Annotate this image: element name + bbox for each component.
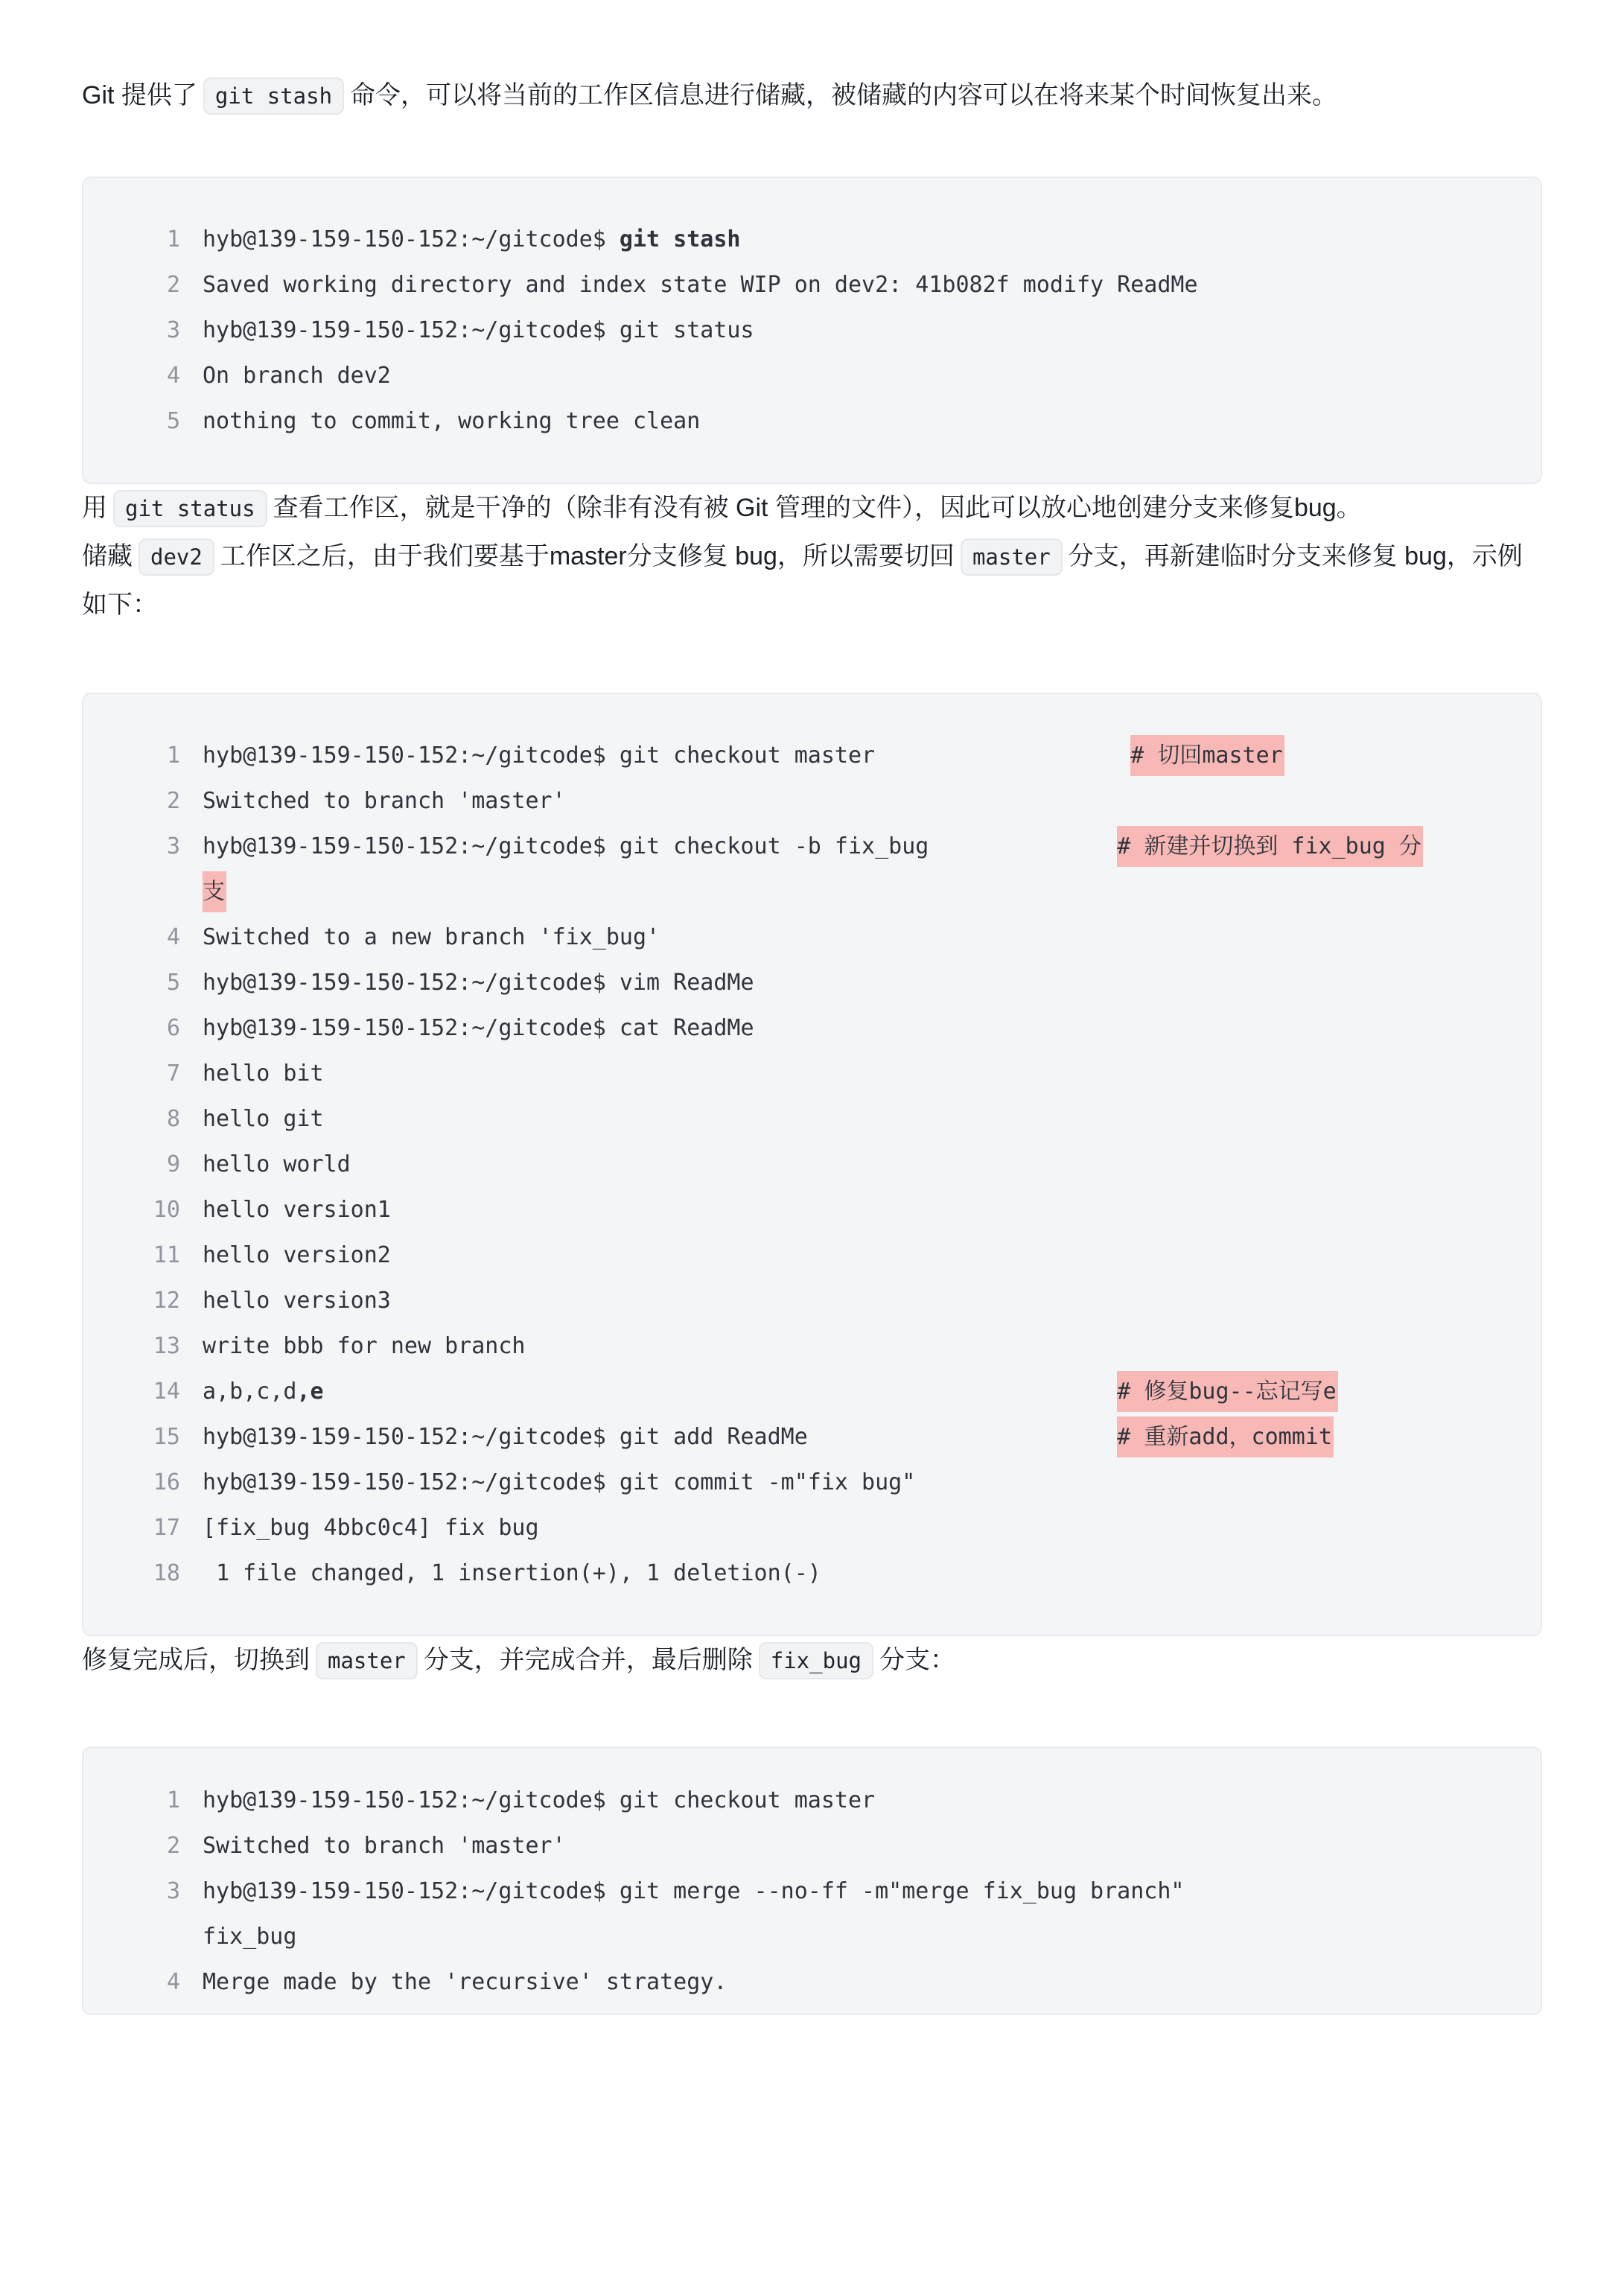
line-number: 4 (125, 915, 180, 960)
code-segment: [fix_bug 4bbc0c4] fix bug (203, 1515, 539, 1541)
line-number: 1 (125, 733, 180, 778)
code-segment (324, 1378, 1118, 1405)
inline-code: git status (113, 490, 267, 527)
paragraph-text: 修复完成后，切换到 (82, 1646, 310, 1674)
line-number: 5 (125, 398, 180, 444)
line-number: 12 (125, 1278, 180, 1323)
line-number: 3 (125, 308, 180, 353)
code-segment: hello version3 (203, 1288, 391, 1314)
code-line: 1hyb@139-159-150-152:~/gitcode$ git chec… (125, 1778, 1499, 1823)
code-line: 2Saved working directory and index state… (125, 262, 1499, 308)
code-segment: nothing to commit, working tree clean (203, 408, 700, 434)
code-segment: write bbb for new branch (203, 1333, 525, 1359)
code-text: nothing to commit, working tree clean (203, 398, 1499, 444)
code-segment (808, 1424, 1117, 1450)
paragraph: 用git status查看工作区，就是干净的（除非有没有被 Git 管理的文件）… (82, 484, 1542, 532)
code-segment: ,e (296, 1378, 323, 1405)
code-segment: hyb@139-159-150-152:~/gitcode$ (203, 226, 620, 252)
code-line: 4Switched to a new branch 'fix_bug' (125, 915, 1499, 960)
line-number (125, 869, 180, 915)
code-line: 3hyb@139-159-150-152:~/gitcode$ git stat… (125, 308, 1499, 353)
code-segment: Switched to branch 'master' (203, 788, 566, 814)
code-text: hyb@139-159-150-152:~/gitcode$ vim ReadM… (203, 960, 1499, 1005)
line-number: 4 (125, 1959, 180, 2005)
line-number: 9 (125, 1142, 180, 1187)
paragraph-text: Git 提供了 (82, 81, 197, 109)
code-text: 支 (203, 869, 1499, 915)
paragraph: Git 提供了git stash命令，可以将当前的工作区信息进行储藏，被储藏的内… (82, 71, 1542, 120)
line-number: 16 (125, 1460, 180, 1505)
inline-code: git stash (203, 77, 344, 115)
code-text: hyb@139-159-150-152:~/gitcode$ cat ReadM… (203, 1005, 1499, 1051)
code-segment: Switched to branch 'master' (203, 1833, 566, 1859)
paragraph-text: 工作区之后，由于我们要基于master分支修复 bug，所以需要切回 (220, 542, 955, 570)
code-text: hello version1 (203, 1187, 1499, 1233)
code-segment: Saved working directory and index state … (203, 272, 1198, 298)
code-text: Switched to branch 'master' (203, 1823, 1499, 1869)
code-segment: hyb@139-159-150-152:~/gitcode$ git check… (203, 742, 875, 769)
code-text: hello git (203, 1096, 1499, 1142)
code-segment: hyb@139-159-150-152:~/gitcode$ vim ReadM… (203, 970, 754, 996)
comment-highlight: # 修复bug--忘记写e (1117, 1371, 1338, 1412)
code-line: 15hyb@139-159-150-152:~/gitcode$ git add… (125, 1414, 1499, 1460)
paragraph-text: 命令，可以将当前的工作区信息进行储藏，被储藏的内容可以在将来某个时间恢复出来。 (350, 81, 1337, 109)
code-text: a,b,c,d,e # 修复bug--忘记写e (203, 1369, 1499, 1414)
line-number: 6 (125, 1005, 180, 1051)
code-line: 14a,b,c,d,e # 修复bug--忘记写e (125, 1369, 1499, 1414)
code-line: 11hello version2 (125, 1233, 1499, 1278)
code-segment: 1 file changed, 1 insertion(+), 1 deleti… (203, 1560, 821, 1586)
code-text: fix_bug (203, 1914, 1499, 1959)
line-number: 4 (125, 353, 180, 398)
inline-code: master (961, 538, 1063, 576)
code-text: On branch dev2 (203, 353, 1499, 398)
code-line: 13write bbb for new branch (125, 1323, 1499, 1369)
code-segment: git stash (620, 226, 741, 252)
code-line: 4Merge made by the 'recursive' strategy. (125, 1959, 1499, 2005)
line-number: 13 (125, 1323, 180, 1369)
code-text: hyb@139-159-150-152:~/gitcode$ git merge… (203, 1869, 1499, 1914)
line-number: 14 (125, 1369, 180, 1414)
article-content: Git 提供了git stash命令，可以将当前的工作区信息进行储藏，被储藏的内… (0, 0, 1624, 2015)
code-line-continuation: 支 (125, 869, 1499, 915)
comment-highlight: # 新建并切换到 fix_bug 分 (1117, 826, 1423, 867)
line-number: 11 (125, 1233, 180, 1278)
line-number: 3 (125, 824, 180, 869)
code-segment (929, 833, 1117, 859)
code-segment: fix_bug (203, 1924, 296, 1950)
code-block: 1hyb@139-159-150-152:~/gitcode$ git stas… (82, 177, 1542, 484)
code-line: 5nothing to commit, working tree clean (125, 398, 1499, 444)
line-number: 17 (125, 1505, 180, 1551)
line-number: 2 (125, 778, 180, 824)
code-segment: hello version1 (203, 1197, 391, 1223)
line-number: 5 (125, 960, 180, 1005)
code-line: 4On branch dev2 (125, 353, 1499, 398)
inline-code: fix_bug (759, 1642, 873, 1679)
line-number: 8 (125, 1096, 180, 1142)
code-text: hyb@139-159-150-152:~/gitcode$ git add R… (203, 1414, 1499, 1460)
paragraph: 储藏dev2工作区之后，由于我们要基于master分支修复 bug，所以需要切回… (82, 532, 1542, 629)
code-line: 7hello bit (125, 1051, 1499, 1096)
code-text: [fix_bug 4bbc0c4] fix bug (203, 1505, 1499, 1551)
code-line: 3hyb@139-159-150-152:~/gitcode$ git chec… (125, 824, 1499, 869)
code-line: 2Switched to branch 'master' (125, 778, 1499, 824)
code-segment: hello world (203, 1151, 351, 1177)
inline-code: dev2 (138, 538, 214, 576)
code-text: Merge made by the 'recursive' strategy. (203, 1959, 1499, 2005)
line-number (125, 1914, 180, 1959)
code-segment: Switched to a new branch 'fix_bug' (203, 924, 660, 950)
code-text: hello version3 (203, 1278, 1499, 1323)
code-segment: a,b,c,d (203, 1378, 296, 1405)
code-text: hyb@139-159-150-152:~/gitcode$ git check… (203, 1778, 1499, 1823)
code-segment: hyb@139-159-150-152:~/gitcode$ git merge… (203, 1878, 1185, 1904)
code-line: 18 1 file changed, 1 insertion(+), 1 del… (125, 1551, 1499, 1596)
paragraph-text: 用 (82, 494, 107, 522)
code-text: write bbb for new branch (203, 1323, 1499, 1369)
line-number: 10 (125, 1187, 180, 1233)
code-segment: hyb@139-159-150-152:~/gitcode$ cat ReadM… (203, 1015, 754, 1041)
code-text: hyb@139-159-150-152:~/gitcode$ git statu… (203, 308, 1499, 353)
code-text: Switched to branch 'master' (203, 778, 1499, 824)
line-number: 2 (125, 1823, 180, 1869)
line-number: 3 (125, 1869, 180, 1914)
code-text: hello bit (203, 1051, 1499, 1096)
code-line: 17[fix_bug 4bbc0c4] fix bug (125, 1505, 1499, 1551)
code-line: 10hello version1 (125, 1187, 1499, 1233)
code-text: hello world (203, 1142, 1499, 1187)
code-line: 3hyb@139-159-150-152:~/gitcode$ git merg… (125, 1869, 1499, 1914)
code-segment: hyb@139-159-150-152:~/gitcode$ git add R… (203, 1424, 808, 1450)
code-line: 16hyb@139-159-150-152:~/gitcode$ git com… (125, 1460, 1499, 1505)
code-segment: hello version2 (203, 1242, 391, 1268)
line-number: 15 (125, 1414, 180, 1460)
code-text: hello version2 (203, 1233, 1499, 1278)
code-line: 12hello version3 (125, 1278, 1499, 1323)
code-text: hyb@139-159-150-152:~/gitcode$ git check… (203, 824, 1499, 869)
code-line: 9hello world (125, 1142, 1499, 1187)
code-line: 1hyb@139-159-150-152:~/gitcode$ git chec… (125, 733, 1499, 778)
line-number: 2 (125, 262, 180, 308)
code-segment: hyb@139-159-150-152:~/gitcode$ git commi… (203, 1469, 915, 1495)
line-number: 1 (125, 1778, 180, 1823)
code-block: 1hyb@139-159-150-152:~/gitcode$ git chec… (82, 1746, 1542, 2015)
paragraph-text: 查看工作区，就是干净的（除非有没有被 Git 管理的文件），因此可以放心地创建分… (273, 494, 1362, 522)
paragraph-text: 分支： (879, 1646, 955, 1674)
code-segment: hello git (203, 1106, 324, 1132)
paragraph: 修复完成后，切换到master分支，并完成合并，最后删除fix_bug分支： (82, 1636, 1542, 1685)
code-text: Saved working directory and index state … (203, 262, 1499, 308)
code-text: hyb@139-159-150-152:~/gitcode$ git commi… (203, 1460, 1499, 1505)
code-segment: hello bit (203, 1060, 324, 1087)
code-line: 5hyb@139-159-150-152:~/gitcode$ vim Read… (125, 960, 1499, 1005)
code-line: 1hyb@139-159-150-152:~/gitcode$ git stas… (125, 217, 1499, 262)
code-segment: hyb@139-159-150-152:~/gitcode$ git check… (203, 833, 929, 859)
comment-highlight: # 切回master (1130, 735, 1284, 776)
code-block: 1hyb@139-159-150-152:~/gitcode$ git chec… (82, 693, 1542, 1636)
code-segment: On branch dev2 (203, 363, 391, 389)
line-number: 1 (125, 217, 180, 262)
code-text: Switched to a new branch 'fix_bug' (203, 915, 1499, 960)
code-segment: Merge made by the 'recursive' strategy. (203, 1969, 727, 1995)
code-line: 2Switched to branch 'master' (125, 1823, 1499, 1869)
code-line: 8hello git (125, 1096, 1499, 1142)
code-text: hyb@139-159-150-152:~/gitcode$ git check… (203, 733, 1499, 778)
code-line: 6hyb@139-159-150-152:~/gitcode$ cat Read… (125, 1005, 1499, 1051)
inline-code: master (316, 1642, 418, 1679)
code-segment (875, 742, 1130, 769)
code-segment: hyb@139-159-150-152:~/gitcode$ git statu… (203, 317, 754, 343)
code-text: 1 file changed, 1 insertion(+), 1 deleti… (203, 1551, 1499, 1596)
code-text: hyb@139-159-150-152:~/gitcode$ git stash (203, 217, 1499, 262)
line-number: 18 (125, 1551, 180, 1596)
paragraph-text: 分支，并完成合并，最后删除 (424, 1646, 753, 1674)
code-segment: hyb@139-159-150-152:~/gitcode$ git check… (203, 1787, 875, 1813)
line-number: 7 (125, 1051, 180, 1096)
paragraph-text: 储藏 (82, 542, 133, 570)
comment-highlight: # 重新add，commit (1117, 1416, 1334, 1457)
code-line-continuation: fix_bug (125, 1914, 1499, 1959)
comment-highlight: 支 (203, 871, 226, 912)
